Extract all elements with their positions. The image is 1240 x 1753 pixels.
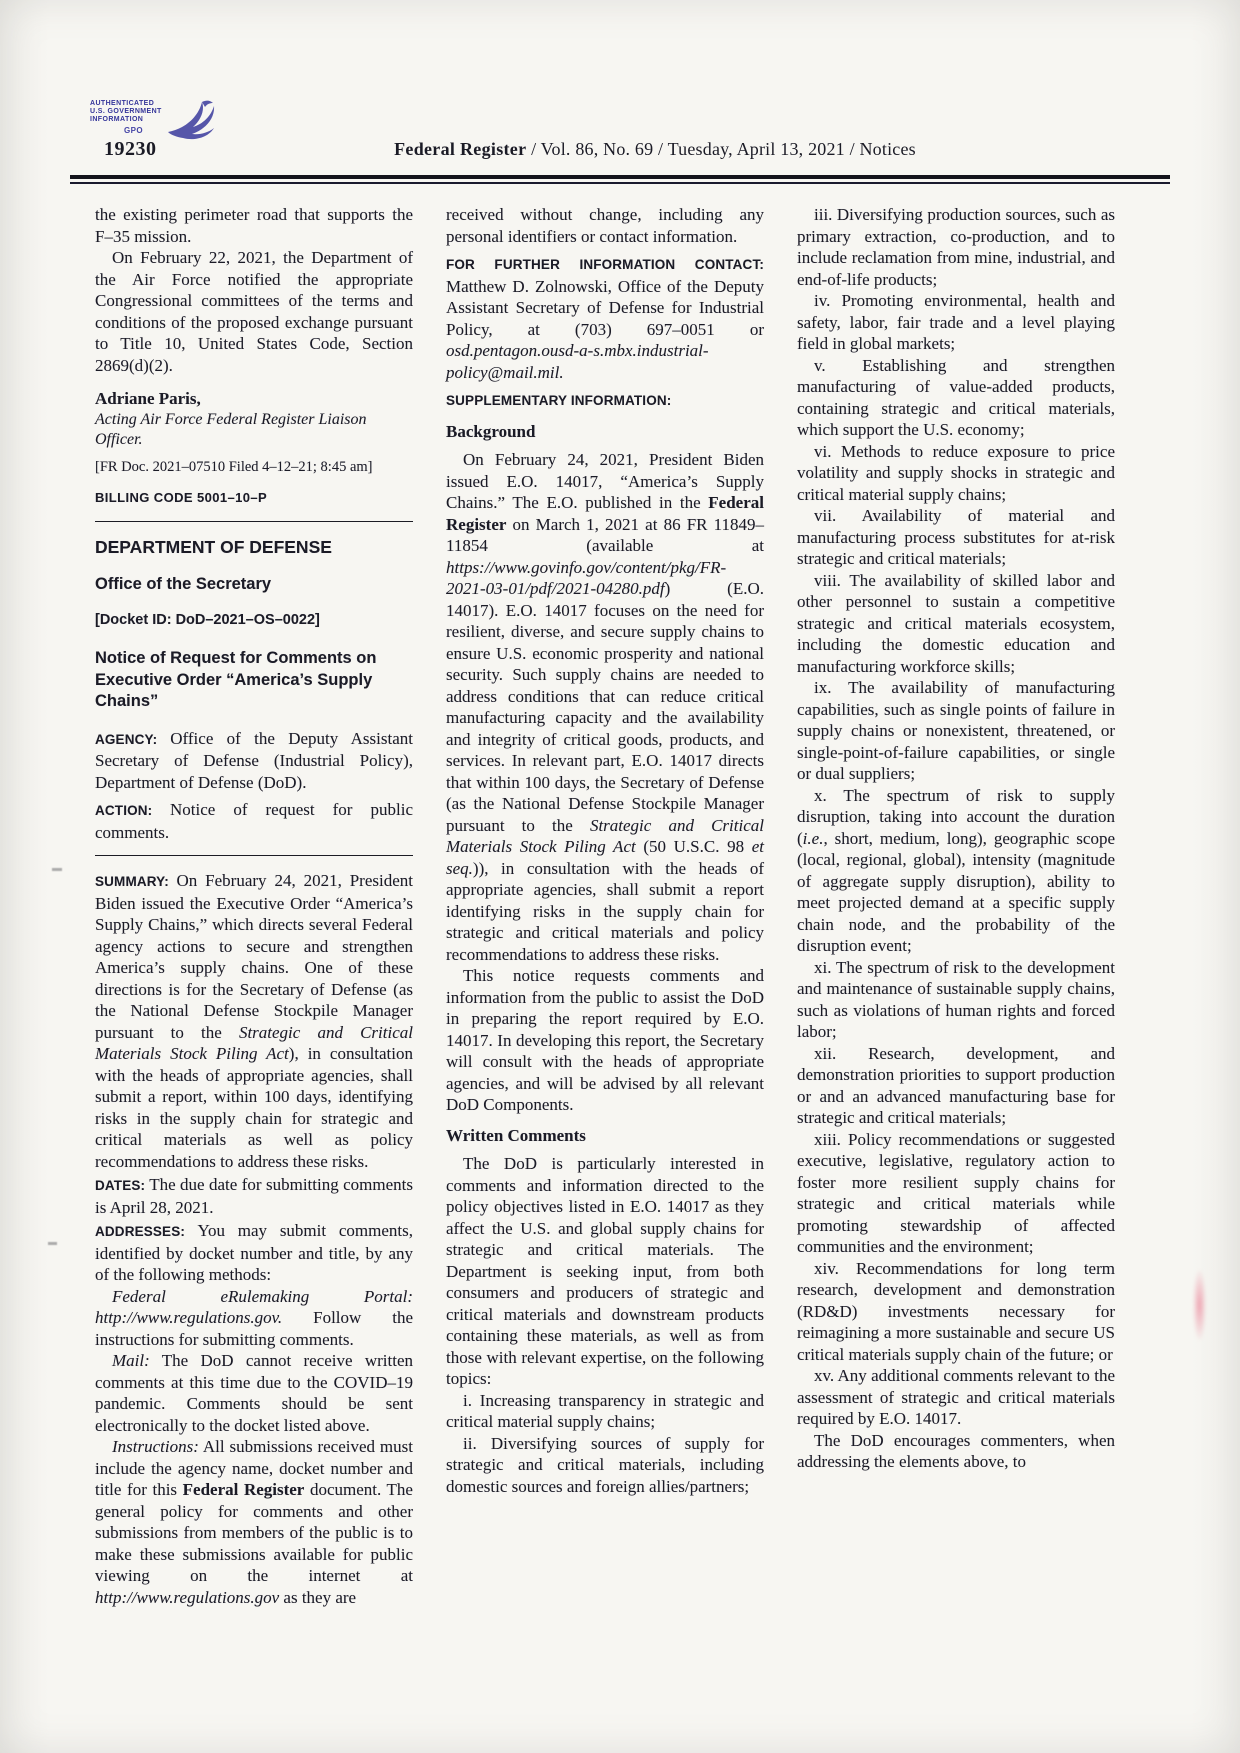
text-segment: viii. The availability of skilled labor … [797, 571, 1115, 676]
paragraph: FOR FURTHER INFORMATION CONTACT: Matthew… [446, 253, 764, 383]
field-label: SUMMARY: [95, 874, 177, 889]
paragraph: vi. Methods to reduce exposure to price … [797, 441, 1115, 506]
section-divider [95, 521, 413, 522]
field-label: DATES: [95, 1178, 149, 1193]
text-segment: Background [446, 422, 535, 441]
paragraph: SUMMARY: On February 24, 2021, President… [95, 870, 413, 1172]
paragraph: received without change, including any p… [446, 204, 764, 247]
text-segment: Acting Air Force Federal Register Liaiso… [95, 411, 367, 448]
signature-name: Adriane Paris, [95, 388, 413, 410]
paragraph: viii. The availability of skilled labor … [797, 570, 1115, 678]
scan-smudge [1193, 1270, 1206, 1340]
paragraph: xi. The spectrum of risk to the developm… [797, 957, 1115, 1043]
logo-line-us-government: U.S. GOVERNMENT [90, 108, 162, 116]
text-segment: as they are [279, 1588, 356, 1607]
section-heading: Written Comments [446, 1125, 764, 1147]
paragraph: Mail: The DoD cannot receive written com… [95, 1350, 413, 1436]
notice-title: Notice of Request for Comments on Execut… [95, 648, 413, 713]
paragraph: Federal eRulemaking Portal: http://www.r… [95, 1286, 413, 1351]
paragraph: The DoD is particularly interested in co… [446, 1153, 764, 1390]
text-segment: xiii. Policy recommendations or suggeste… [797, 1130, 1115, 1257]
paragraph: AGENCY: Office of the Deputy Assistant S… [95, 728, 413, 794]
paragraph: x. The spectrum of risk to supply disrup… [797, 785, 1115, 957]
text-segment: ix. The availability of manufacturing ca… [797, 678, 1115, 783]
header-rule [70, 175, 1170, 184]
paragraph: DATES: The due date for submitting comme… [95, 1174, 413, 1218]
paragraph: xv. Any additional comments relevant to … [797, 1365, 1115, 1430]
paragraph: ACTION: Notice of request for public com… [95, 799, 413, 843]
content-columns: the existing perimeter road that support… [95, 204, 1115, 1608]
field-label: SUPPLEMENTARY INFORMATION: [446, 393, 671, 408]
text-segment: i. Increasing transparency in strategic … [446, 1391, 764, 1432]
column-1: the existing perimeter road that support… [95, 204, 413, 1608]
text-segment: Office of the Secretary [95, 575, 271, 593]
text-segment: This notice requests comments and inform… [446, 966, 764, 1114]
text-segment: [FR Doc. 2021–07510 Filed 4–12–21; 8:45 … [95, 459, 373, 475]
logo-line-information: INFORMATION [90, 116, 162, 124]
paragraph: the existing perimeter road that support… [95, 204, 413, 247]
signature-title: Acting Air Force Federal Register Liaiso… [95, 410, 413, 450]
text-segment: xi. The spectrum of risk to the developm… [797, 958, 1115, 1042]
paragraph: This notice requests comments and inform… [446, 965, 764, 1116]
fr-doc-number: [FR Doc. 2021–07510 Filed 4–12–21; 8:45 … [95, 457, 413, 479]
paragraph: The DoD encourages commenters, when addr… [797, 1430, 1115, 1473]
text-segment: ii. Diversifying sources of supply for s… [446, 1434, 764, 1496]
paragraph: iii. Diversifying production sources, su… [797, 204, 1115, 290]
text-segment: received without change, including any p… [446, 205, 764, 246]
document-page: AUTHENTICATED U.S. GOVERNMENT INFORMATIO… [0, 0, 1240, 1753]
text-segment: The DoD encourages commenters, when addr… [797, 1431, 1115, 1472]
page-header: 19230 Federal Register / Vol. 86, No. 69… [70, 138, 1170, 164]
paragraph: vii. Availability of material and manufa… [797, 505, 1115, 570]
logo-gpo-label: GPO [90, 127, 162, 135]
paragraph: i. Increasing transparency in strategic … [446, 1390, 764, 1433]
paragraph: On February 22, 2021, the Department of … [95, 247, 413, 376]
text-segment: ) (E.O. 14017). E.O. 14017 focuses on th… [446, 579, 764, 835]
scan-artifact [48, 1242, 57, 1245]
logo-text: AUTHENTICATED U.S. GOVERNMENT INFORMATIO… [90, 100, 162, 124]
header-title-bold: Federal Register [394, 139, 526, 159]
paragraph: ADDRESSES: You may submit comments, iden… [95, 1220, 413, 1286]
text-segment: (50 U.S.C. 98 [636, 837, 752, 856]
paragraph: iv. Promoting environmental, health and … [797, 290, 1115, 355]
italic-text: Mail: [112, 1351, 150, 1370]
italic-text: i.e. [803, 829, 824, 848]
paragraph: v. Establishing and strengthen manufactu… [797, 355, 1115, 441]
paragraph: On February 24, 2021, President Biden is… [446, 449, 764, 965]
text-segment: On February 22, 2021, the Department of … [95, 248, 413, 375]
text-segment: iii. Diversifying production sources, su… [797, 205, 1115, 289]
text-segment: xiv. Recommendations for long term resea… [797, 1259, 1115, 1364]
text-segment: vi. Methods to reduce exposure to price … [797, 442, 1115, 504]
text-segment: the existing perimeter road that support… [95, 205, 413, 246]
text-segment: vii. Availability of material and manufa… [797, 506, 1115, 568]
text-segment: Adriane Paris, [95, 389, 201, 408]
text-segment: The DoD is particularly interested in co… [446, 1154, 764, 1388]
text-segment: iv. Promoting environmental, health and … [797, 291, 1115, 353]
italic-text: Instructions: [112, 1437, 199, 1456]
paragraph: ii. Diversifying sources of supply for s… [446, 1433, 764, 1498]
column-3: iii. Diversifying production sources, su… [797, 204, 1115, 1608]
text-segment: BILLING CODE 5001–10–P [95, 490, 267, 505]
docket-id: [Docket ID: DoD–2021–OS–0022] [95, 610, 413, 632]
text-segment: Written Comments [446, 1126, 586, 1145]
paragraph: xii. Research, development, and demonstr… [797, 1043, 1115, 1129]
text-segment: xii. Research, development, and demonstr… [797, 1044, 1115, 1128]
logo-line-authenticated: AUTHENTICATED [90, 100, 162, 108]
paragraph: ix. The availability of manufacturing ca… [797, 677, 1115, 785]
field-label: ADDRESSES: [95, 1224, 197, 1239]
bold-text: Federal Register [183, 1480, 305, 1499]
header-title: Federal Register / Vol. 86, No. 69 / Tue… [70, 139, 1170, 160]
billing-code: BILLING CODE 5001–10–P [95, 487, 413, 509]
text-segment: , short, medium, long), geographic scope… [797, 829, 1115, 956]
text-segment: v. Establishing and strengthen manufactu… [797, 356, 1115, 440]
italic-text: osd.pentagon.ousd-a-s.mbx.industrial-pol… [446, 341, 709, 382]
text-segment: On February 24, 2021, President Biden is… [95, 871, 413, 1042]
section-label: SUPPLEMENTARY INFORMATION: [446, 389, 764, 412]
header-title-rest: / Vol. 86, No. 69 / Tuesday, April 13, 2… [526, 139, 916, 159]
text-segment: Matthew D. Zolnowski, Office of the Depu… [446, 277, 764, 339]
field-label: FOR FURTHER INFORMATION CONTACT: [446, 257, 764, 272]
text-segment: DEPARTMENT OF DEFENSE [95, 537, 332, 557]
field-label: AGENCY: [95, 732, 170, 747]
agency-heading: DEPARTMENT OF DEFENSE [95, 536, 413, 558]
text-segment: [Docket ID: DoD–2021–OS–0022] [95, 612, 320, 628]
italic-text: http://www.regulations.gov [95, 1588, 279, 1607]
section-divider [95, 855, 413, 856]
paragraph: Instructions: All submissions received m… [95, 1436, 413, 1608]
paragraph: xiii. Policy recommendations or suggeste… [797, 1129, 1115, 1258]
field-label: ACTION: [95, 803, 170, 818]
scan-artifact [52, 868, 62, 871]
office-heading: Office of the Secretary [95, 574, 413, 595]
text-segment: )), in consultation with the heads of ap… [446, 859, 764, 964]
text-segment: xv. Any additional comments relevant to … [797, 1366, 1115, 1428]
column-2: received without change, including any p… [446, 204, 764, 1608]
text-segment: Notice of Request for Comments on Execut… [95, 649, 376, 710]
paragraph: xiv. Recommendations for long term resea… [797, 1258, 1115, 1366]
section-heading: Background [446, 421, 764, 443]
